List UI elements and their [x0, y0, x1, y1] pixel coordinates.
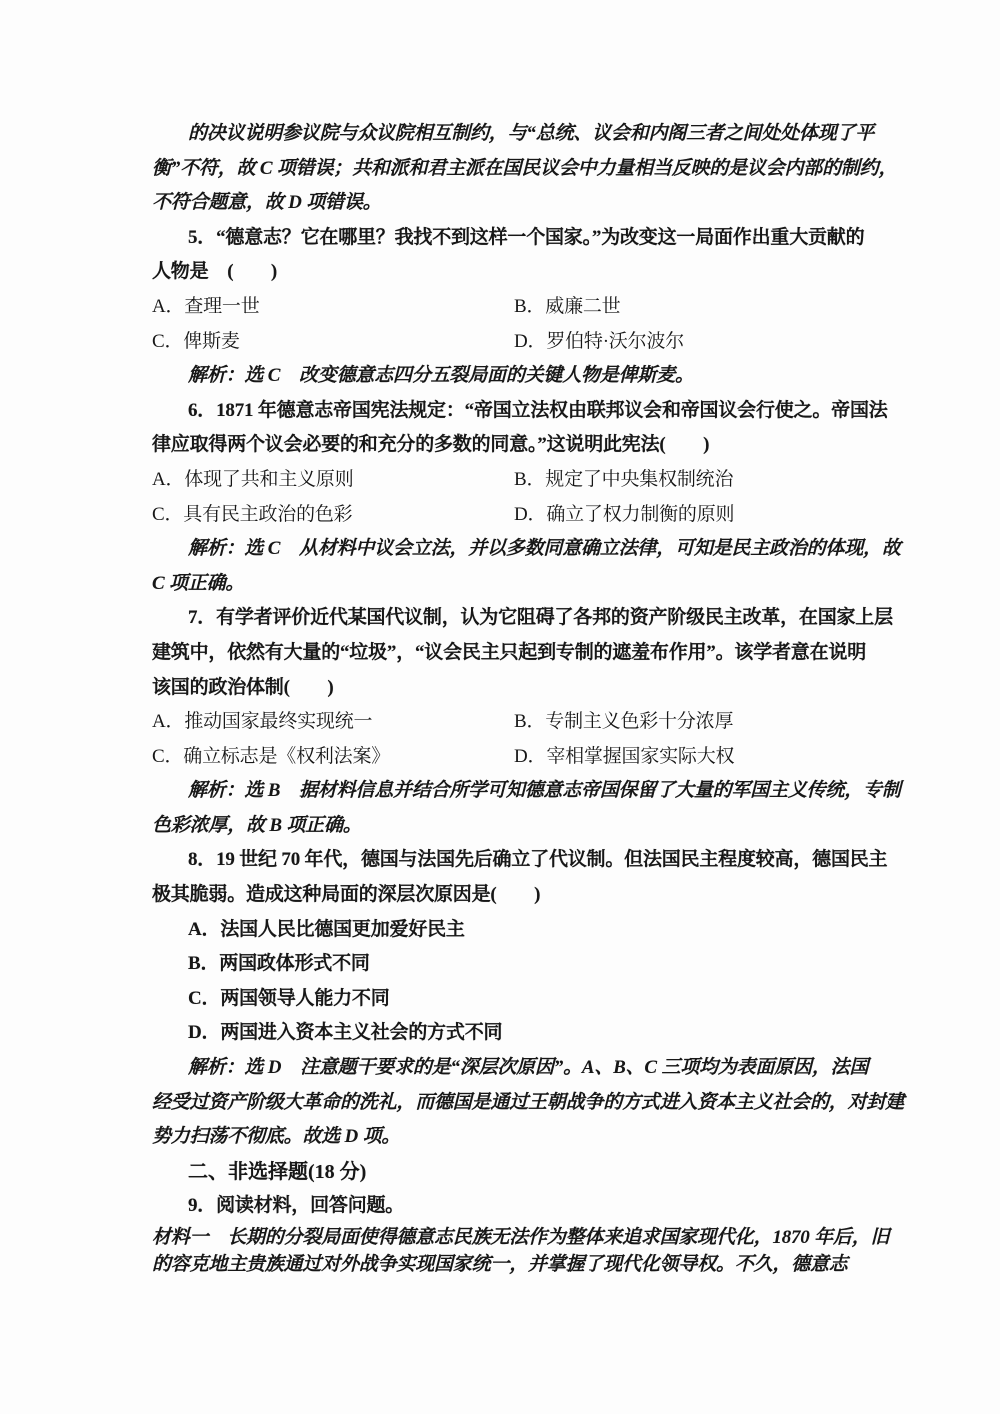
question-line: 律应取得两个议会必要的和充分的多数的同意。”这说明此宪法( ) — [152, 428, 888, 463]
question-line: 9．阅读材料，回答问题。 — [152, 1189, 888, 1224]
analysis-line: 色彩浓厚，故 B 项正确。 — [152, 809, 888, 844]
analysis-line: 解析：选 B 据材料信息并结合所学可知德意志帝国保留了大量的军国主义传统，专制 — [152, 774, 888, 809]
section-heading: 二、非选择题(18 分) — [152, 1155, 888, 1190]
material-line: 的容克地主贵族通过对外战争实现国家统一，并掌握了现代化领导权。不久，德意志 — [152, 1251, 888, 1278]
analysis-line: 解析：选 C 改变德意志四分五裂局面的关键人物是俾斯麦。 — [152, 359, 888, 394]
analysis-line: 经受过资产阶级大革命的洗礼，而德国是通过王朝战争的方式进入资本主义社会的，对封建 — [152, 1086, 888, 1121]
question-line: 人物是 ( ) — [152, 255, 888, 290]
analysis-line: 的决议说明参议院与众议院相互制约，与“总统、议会和内阁三者之间处处体现了平 — [152, 117, 888, 152]
question-line: 8．19 世纪 70 年代，德国与法国先后确立了代议制。但法国民主程度较高，德国… — [152, 843, 888, 878]
analysis-text: 注意题干要求的是“深层次原因”。A、B、C 三项均为表面原因，法国 — [281, 1057, 868, 1078]
option-item: B．专制主义色彩十分浓厚 — [514, 711, 733, 732]
option-item: A．查理一世 — [152, 290, 514, 325]
option-item: A．推动国家最终实现统一 — [152, 705, 514, 740]
question-line: 建筑中，依然有大量的“垃圾”，“议会民主只起到专制的遮羞布作用”。该学者意在说明 — [152, 636, 888, 671]
question-line: 极其脆弱。造成这种局面的深层次原因是( ) — [152, 878, 888, 913]
analysis-label: 解析：选 C — [188, 538, 280, 559]
analysis-text: 改变德意志四分五裂局面的关键人物是俾斯麦。 — [280, 365, 694, 386]
analysis-line: 势力扫荡不彻底。故选 D 项。 — [152, 1120, 888, 1155]
option-item: D．罗伯特·沃尔波尔 — [514, 331, 684, 352]
exam-page: 的决议说明参议院与众议院相互制约，与“总统、议会和内阁三者之间处处体现了平衡”不… — [0, 0, 1000, 1414]
option-row: C．确立标志是《权利法案》D．宰相掌握国家实际大权 — [152, 740, 888, 775]
analysis-line: 衡”不符，故 C 项错误；共和派和君主派在国民议会中力量相当反映的是议会内部的制… — [152, 152, 888, 187]
option-line: C．两国领导人能力不同 — [152, 982, 888, 1017]
material-label: 材料一 — [152, 1227, 208, 1248]
material-text: 长期的分裂局面使得德意志民族无法作为整体来追求国家现代化，1870 年后，旧 — [208, 1227, 889, 1248]
option-item: A．体现了共和主义原则 — [152, 463, 514, 498]
analysis-line: 解析：选 C 从材料中议会立法，并以多数同意确立法律，可知是民主政治的体现，故 — [152, 532, 888, 567]
option-line: D．两国进入资本主义社会的方式不同 — [152, 1016, 888, 1051]
analysis-label: 解析：选 D — [188, 1057, 281, 1078]
question-line: 5．“德意志？它在哪里？我找不到这样一个国家。”为改变这一局面作出重大贡献的 — [152, 221, 888, 256]
option-item: B．规定了中央集权制统治 — [514, 469, 733, 490]
analysis-line: 解析：选 D 注意题干要求的是“深层次原因”。A、B、C 三项均为表面原因，法国 — [152, 1051, 888, 1086]
option-item: C．确立标志是《权利法案》 — [152, 740, 514, 775]
analysis-label: 解析：选 C — [188, 365, 280, 386]
option-item: C．俾斯麦 — [152, 325, 514, 360]
option-row: A．体现了共和主义原则B．规定了中央集权制统治 — [152, 463, 888, 498]
option-row: A．查理一世B．威廉二世 — [152, 290, 888, 325]
question-line: 该国的政治体制( ) — [152, 671, 888, 706]
option-row: C．具有民主政治的色彩D．确立了权力制衡的原则 — [152, 498, 888, 533]
option-line: A．法国人民比德国更加爱好民主 — [152, 913, 888, 948]
option-item: D．宰相掌握国家实际大权 — [514, 746, 734, 767]
analysis-text: 从材料中议会立法，并以多数同意确立法律，可知是民主政治的体现，故 — [280, 538, 900, 559]
option-line: B．两国政体形式不同 — [152, 947, 888, 982]
option-item: B．威廉二世 — [514, 296, 620, 317]
option-row: A．推动国家最终实现统一B．专制主义色彩十分浓厚 — [152, 705, 888, 740]
analysis-line: 不符合题意，故 D 项错误。 — [152, 186, 888, 221]
option-item: D．确立了权力制衡的原则 — [514, 504, 734, 525]
option-row: C．俾斯麦D．罗伯特·沃尔波尔 — [152, 325, 888, 360]
question-line: 7．有学者评价近代某国代议制，认为它阻碍了各邦的资产阶级民主改革，在国家上层 — [152, 601, 888, 636]
analysis-label: 解析：选 B — [188, 780, 280, 801]
analysis-line: C 项正确。 — [152, 567, 888, 602]
analysis-text: 据材料信息并结合所学可知德意志帝国保留了大量的军国主义传统，专制 — [280, 780, 900, 801]
question-line: 6．1871 年德意志帝国宪法规定：“帝国立法权由联邦议会和帝国议会行使之。帝国… — [152, 394, 888, 429]
option-item: C．具有民主政治的色彩 — [152, 498, 514, 533]
page-content: 的决议说明参议院与众议院相互制约，与“总统、议会和内阁三者之间处处体现了平衡”不… — [152, 117, 888, 1278]
material-line: 材料一 长期的分裂局面使得德意志民族无法作为整体来追求国家现代化，1870 年后… — [152, 1224, 888, 1251]
